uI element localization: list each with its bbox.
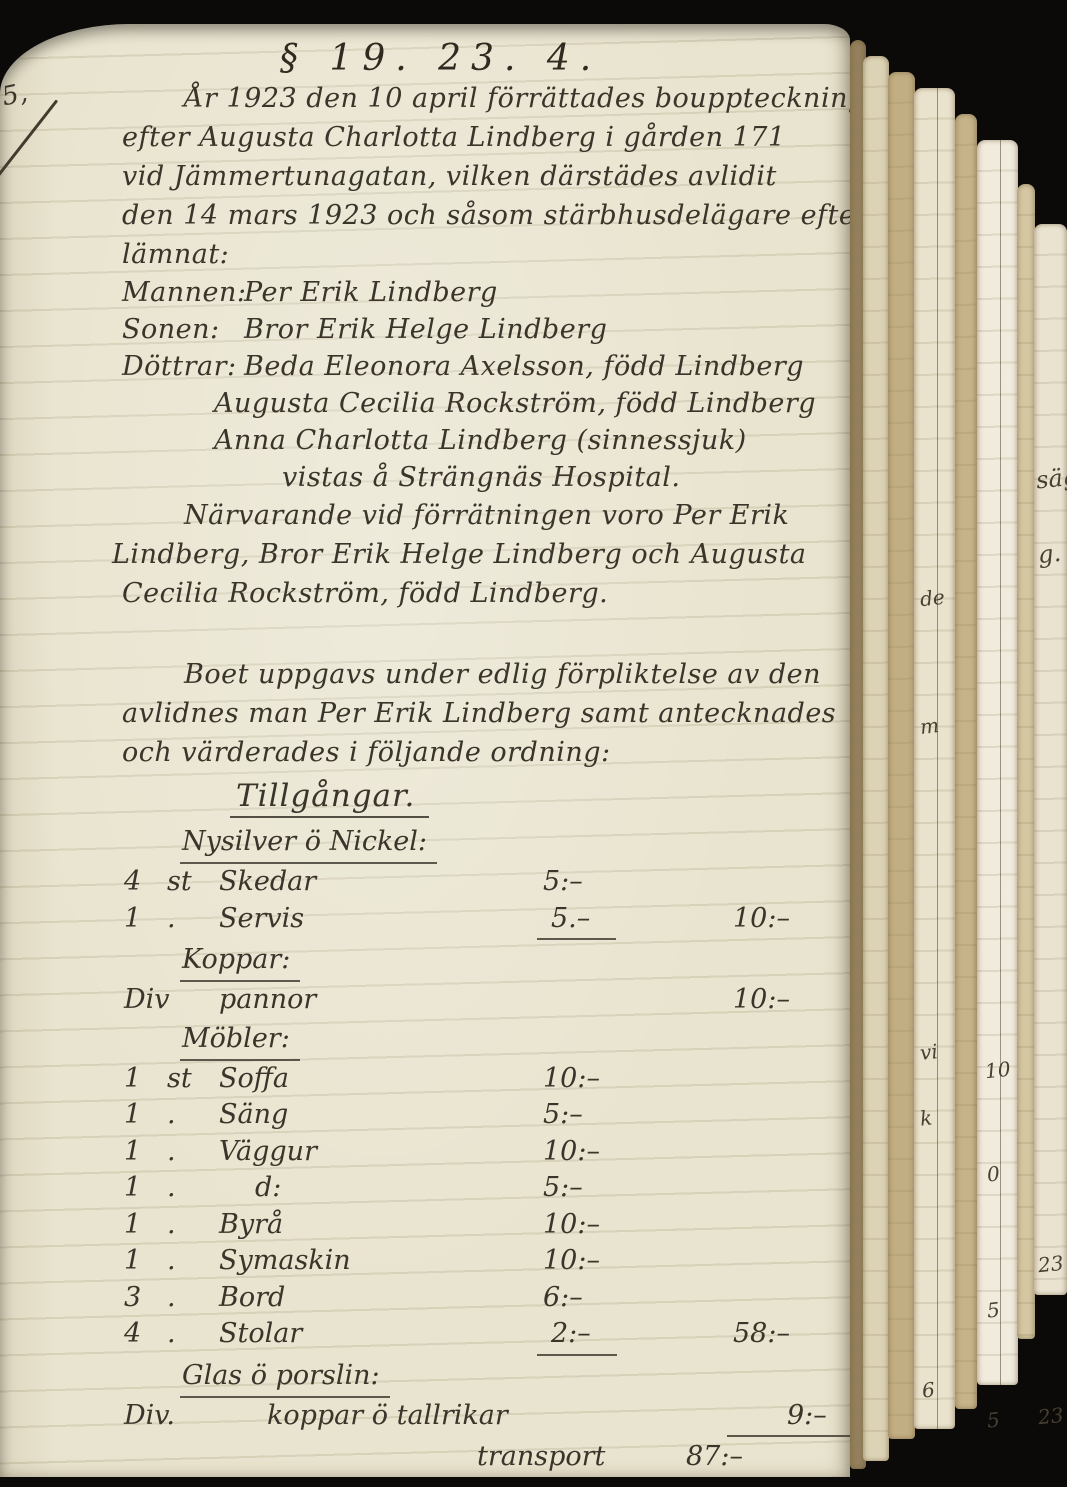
- inventory-item-row: 1 . Väggur 10:–: [122, 1134, 820, 1171]
- intro-line: lämnat:: [122, 235, 820, 274]
- item-name: Servis: [219, 901, 519, 938]
- page-edge-strip: [888, 72, 915, 1439]
- heir-role-label: Sonen:: [122, 311, 244, 348]
- document-header-number: § 19. 23. 4.: [280, 38, 850, 79]
- item-value: 2:–: [519, 1316, 689, 1356]
- page-edge-strip: [1017, 184, 1035, 1339]
- item-quantity: 1: [122, 901, 167, 938]
- intro-line: vid Jämmertunagatan, vilken därstädes av…: [122, 157, 820, 196]
- handwriting-fragment: 5: [986, 1407, 1001, 1432]
- item-name: Stolar: [219, 1316, 519, 1353]
- item-quantity: Div.: [122, 1398, 219, 1435]
- item-total: [689, 1097, 820, 1134]
- item-unit: st: [167, 864, 219, 901]
- heir-row: Anna Charlotta Lindberg (sinnessjuk): [122, 422, 820, 459]
- item-name: Bord: [219, 1280, 519, 1317]
- item-unit: .: [167, 1097, 219, 1134]
- item-name: Byrå: [219, 1207, 519, 1244]
- page-edge-strip: säg. g. 23 23: [1034, 224, 1067, 1295]
- heir-name: Per Erik Lindberg: [244, 274, 498, 311]
- item-value: 5.–: [519, 901, 689, 941]
- handwriting-fragment: vi: [919, 1039, 939, 1065]
- item-unit: .: [167, 1280, 219, 1317]
- item-value: 6:–: [519, 1280, 689, 1317]
- heir-name: Augusta Cecilia Rockström, född Lindberg: [214, 385, 816, 422]
- item-quantity: 1: [122, 1207, 167, 1244]
- item-value: 10:–: [519, 1061, 689, 1098]
- item-quantity: 1: [122, 1061, 167, 1098]
- item-total: 58:–: [689, 1316, 820, 1353]
- stacked-page-edges: de m vi k 6 10 0 5 5 säg. g. 23 23: [850, 0, 1067, 1487]
- handwriting-fragment: 6: [921, 1377, 936, 1402]
- inventory-item-row: 4 . Stolar 2:– 58:–: [122, 1316, 820, 1356]
- item-quantity: 3: [122, 1280, 167, 1317]
- item-total: 9:–: [689, 1398, 857, 1438]
- item-quantity: 4: [122, 864, 167, 901]
- transport-row: transport 87:–: [122, 1437, 820, 1477]
- declaration-line: avlidnes man Per Erik Lindberg samt ante…: [122, 694, 820, 733]
- item-total: [689, 1134, 820, 1171]
- inventory-item-row: 3 . Bord 6:–: [122, 1280, 820, 1317]
- handwriting-fragment: 5: [986, 1297, 1001, 1322]
- declaration-line: och värderades i följande ordning:: [122, 733, 820, 772]
- present-line: Cecilia Rockström, född Lindberg.: [122, 574, 820, 613]
- inventory-item-row: 1 . Byrå 10:–: [122, 1207, 820, 1244]
- inventory-item-row: Div pannor 10:–: [122, 982, 820, 1019]
- intro-line: År 1923 den 10 april förrättades bouppte…: [122, 79, 820, 118]
- item-unit: .: [167, 1207, 219, 1244]
- item-total: [689, 1280, 820, 1317]
- page-edge-strip: 10 0 5 5: [977, 140, 1018, 1385]
- handwriting-fragment: 23: [1037, 1251, 1065, 1278]
- heir-row: vistas å Strängnäs Hospital.: [122, 459, 820, 496]
- item-quantity: Div: [122, 982, 219, 1019]
- item-quantity: 1: [122, 1243, 167, 1280]
- heir-name: Bror Erik Helge Lindberg: [244, 311, 607, 348]
- item-name: Skedar: [219, 864, 519, 901]
- section-heading: Nysilver ö Nickel:: [180, 822, 437, 864]
- heir-role-label: Döttrar:: [122, 348, 244, 385]
- handwriting-fragment: 10: [984, 1057, 1012, 1084]
- item-unit: st: [167, 1061, 219, 1098]
- item-value: 10:–: [519, 1207, 689, 1244]
- inventory-item-row: 1 . Servis 5.– 10:–: [122, 901, 820, 941]
- transport-label: transport: [477, 1437, 652, 1477]
- item-value: [519, 1398, 689, 1435]
- heir-row: Augusta Cecilia Rockström, född Lindberg: [122, 385, 820, 422]
- item-total: 10:–: [689, 982, 820, 1019]
- item-quantity: 1: [122, 1134, 167, 1171]
- present-line: Närvarande vid förrätningen voro Per Eri…: [122, 496, 820, 535]
- item-value: 5:–: [519, 1097, 689, 1134]
- item-value: 10:–: [519, 1134, 689, 1171]
- item-unit: .: [167, 1134, 219, 1171]
- page-edge-strip: de m vi k 6: [914, 88, 955, 1429]
- heir-name: Anna Charlotta Lindberg (sinnessjuk): [214, 422, 747, 459]
- inventory-item-row: 4 st Skedar 5:–: [122, 864, 820, 901]
- assets-title: Tillgångar.: [230, 778, 429, 818]
- item-name: d:: [219, 1170, 519, 1207]
- item-value: [519, 982, 689, 1019]
- heir-name: Beda Eleonora Axelsson, född Lindberg: [244, 348, 804, 385]
- heir-role-label: Mannen:: [122, 274, 244, 311]
- item-unit: .: [167, 1243, 219, 1280]
- item-name: Säng: [219, 1097, 519, 1134]
- page-edge-strip: [863, 56, 889, 1461]
- item-unit: .: [167, 901, 219, 938]
- document-page: 5, § 19. 23. 4. År 1923 den 10 april för…: [0, 24, 850, 1477]
- heir-row: Döttrar: Beda Eleonora Axelsson, född Li…: [122, 348, 820, 385]
- item-name: Symaskin: [219, 1243, 519, 1280]
- item-total: 10:–: [689, 901, 820, 938]
- item-quantity: 1: [122, 1097, 167, 1134]
- heir-row: Mannen: Per Erik Lindberg: [122, 274, 820, 311]
- handwriting-fragment: de: [919, 585, 946, 611]
- scanned-book-spread: 5, § 19. 23. 4. År 1923 den 10 april för…: [0, 0, 1067, 1487]
- heir-name: vistas å Strängnäs Hospital.: [282, 459, 681, 496]
- item-total: [689, 1207, 820, 1244]
- inventory-item-row: Div. koppar ö tallrikar 9:–: [122, 1398, 820, 1438]
- inventory-item-row: 1 . Säng 5:–: [122, 1097, 820, 1134]
- handwriting-fragment: g.: [1037, 539, 1063, 569]
- item-quantity: 4: [122, 1316, 167, 1353]
- inventory-item-row: 1 . d: 5:–: [122, 1170, 820, 1207]
- item-quantity: 1: [122, 1170, 167, 1207]
- item-name: koppar ö tallrikar: [219, 1398, 519, 1435]
- item-name: Väggur: [219, 1134, 519, 1171]
- page-edge-strip: [955, 114, 977, 1409]
- declaration-line: Boet uppgavs under edlig förpliktelse av…: [122, 655, 820, 694]
- item-total: [689, 1170, 820, 1207]
- item-value: 10:–: [519, 1243, 689, 1280]
- item-total: [689, 1061, 820, 1098]
- section-heading: Möbler:: [180, 1019, 300, 1061]
- handwriting-fragment: 0: [986, 1161, 1001, 1186]
- item-total: [689, 1243, 820, 1280]
- document-body: År 1923 den 10 april förrättades bouppte…: [0, 79, 850, 1477]
- transport-total: 87:–: [652, 1437, 820, 1477]
- section-heading: Glas ö porslin:: [180, 1356, 390, 1398]
- handwriting-fragment: säg.: [1035, 461, 1067, 494]
- intro-line: efter Augusta Charlotta Lindberg i gårde…: [122, 118, 820, 157]
- item-value: 5:–: [519, 864, 689, 901]
- item-unit: .: [167, 1316, 219, 1353]
- handwriting-fragment: 23: [1037, 1403, 1065, 1430]
- inventory-item-row: 1 st Soffa 10:–: [122, 1061, 820, 1098]
- heir-row: Sonen: Bror Erik Helge Lindberg: [122, 311, 820, 348]
- item-value: 5:–: [519, 1170, 689, 1207]
- item-name: Soffa: [219, 1061, 519, 1098]
- intro-line: den 14 mars 1923 och såsom stärbhusdeläg…: [122, 196, 820, 235]
- present-line: Lindberg, Bror Erik Helge Lindberg och A…: [112, 535, 820, 574]
- item-name: pannor: [219, 982, 519, 1019]
- section-heading: Koppar:: [180, 940, 300, 982]
- handwriting-fragment: m: [919, 713, 940, 739]
- item-unit: .: [167, 1170, 219, 1207]
- inventory-item-row: 1 . Symaskin 10:–: [122, 1243, 820, 1280]
- handwriting-fragment: k: [919, 1105, 934, 1130]
- item-total: [689, 864, 820, 901]
